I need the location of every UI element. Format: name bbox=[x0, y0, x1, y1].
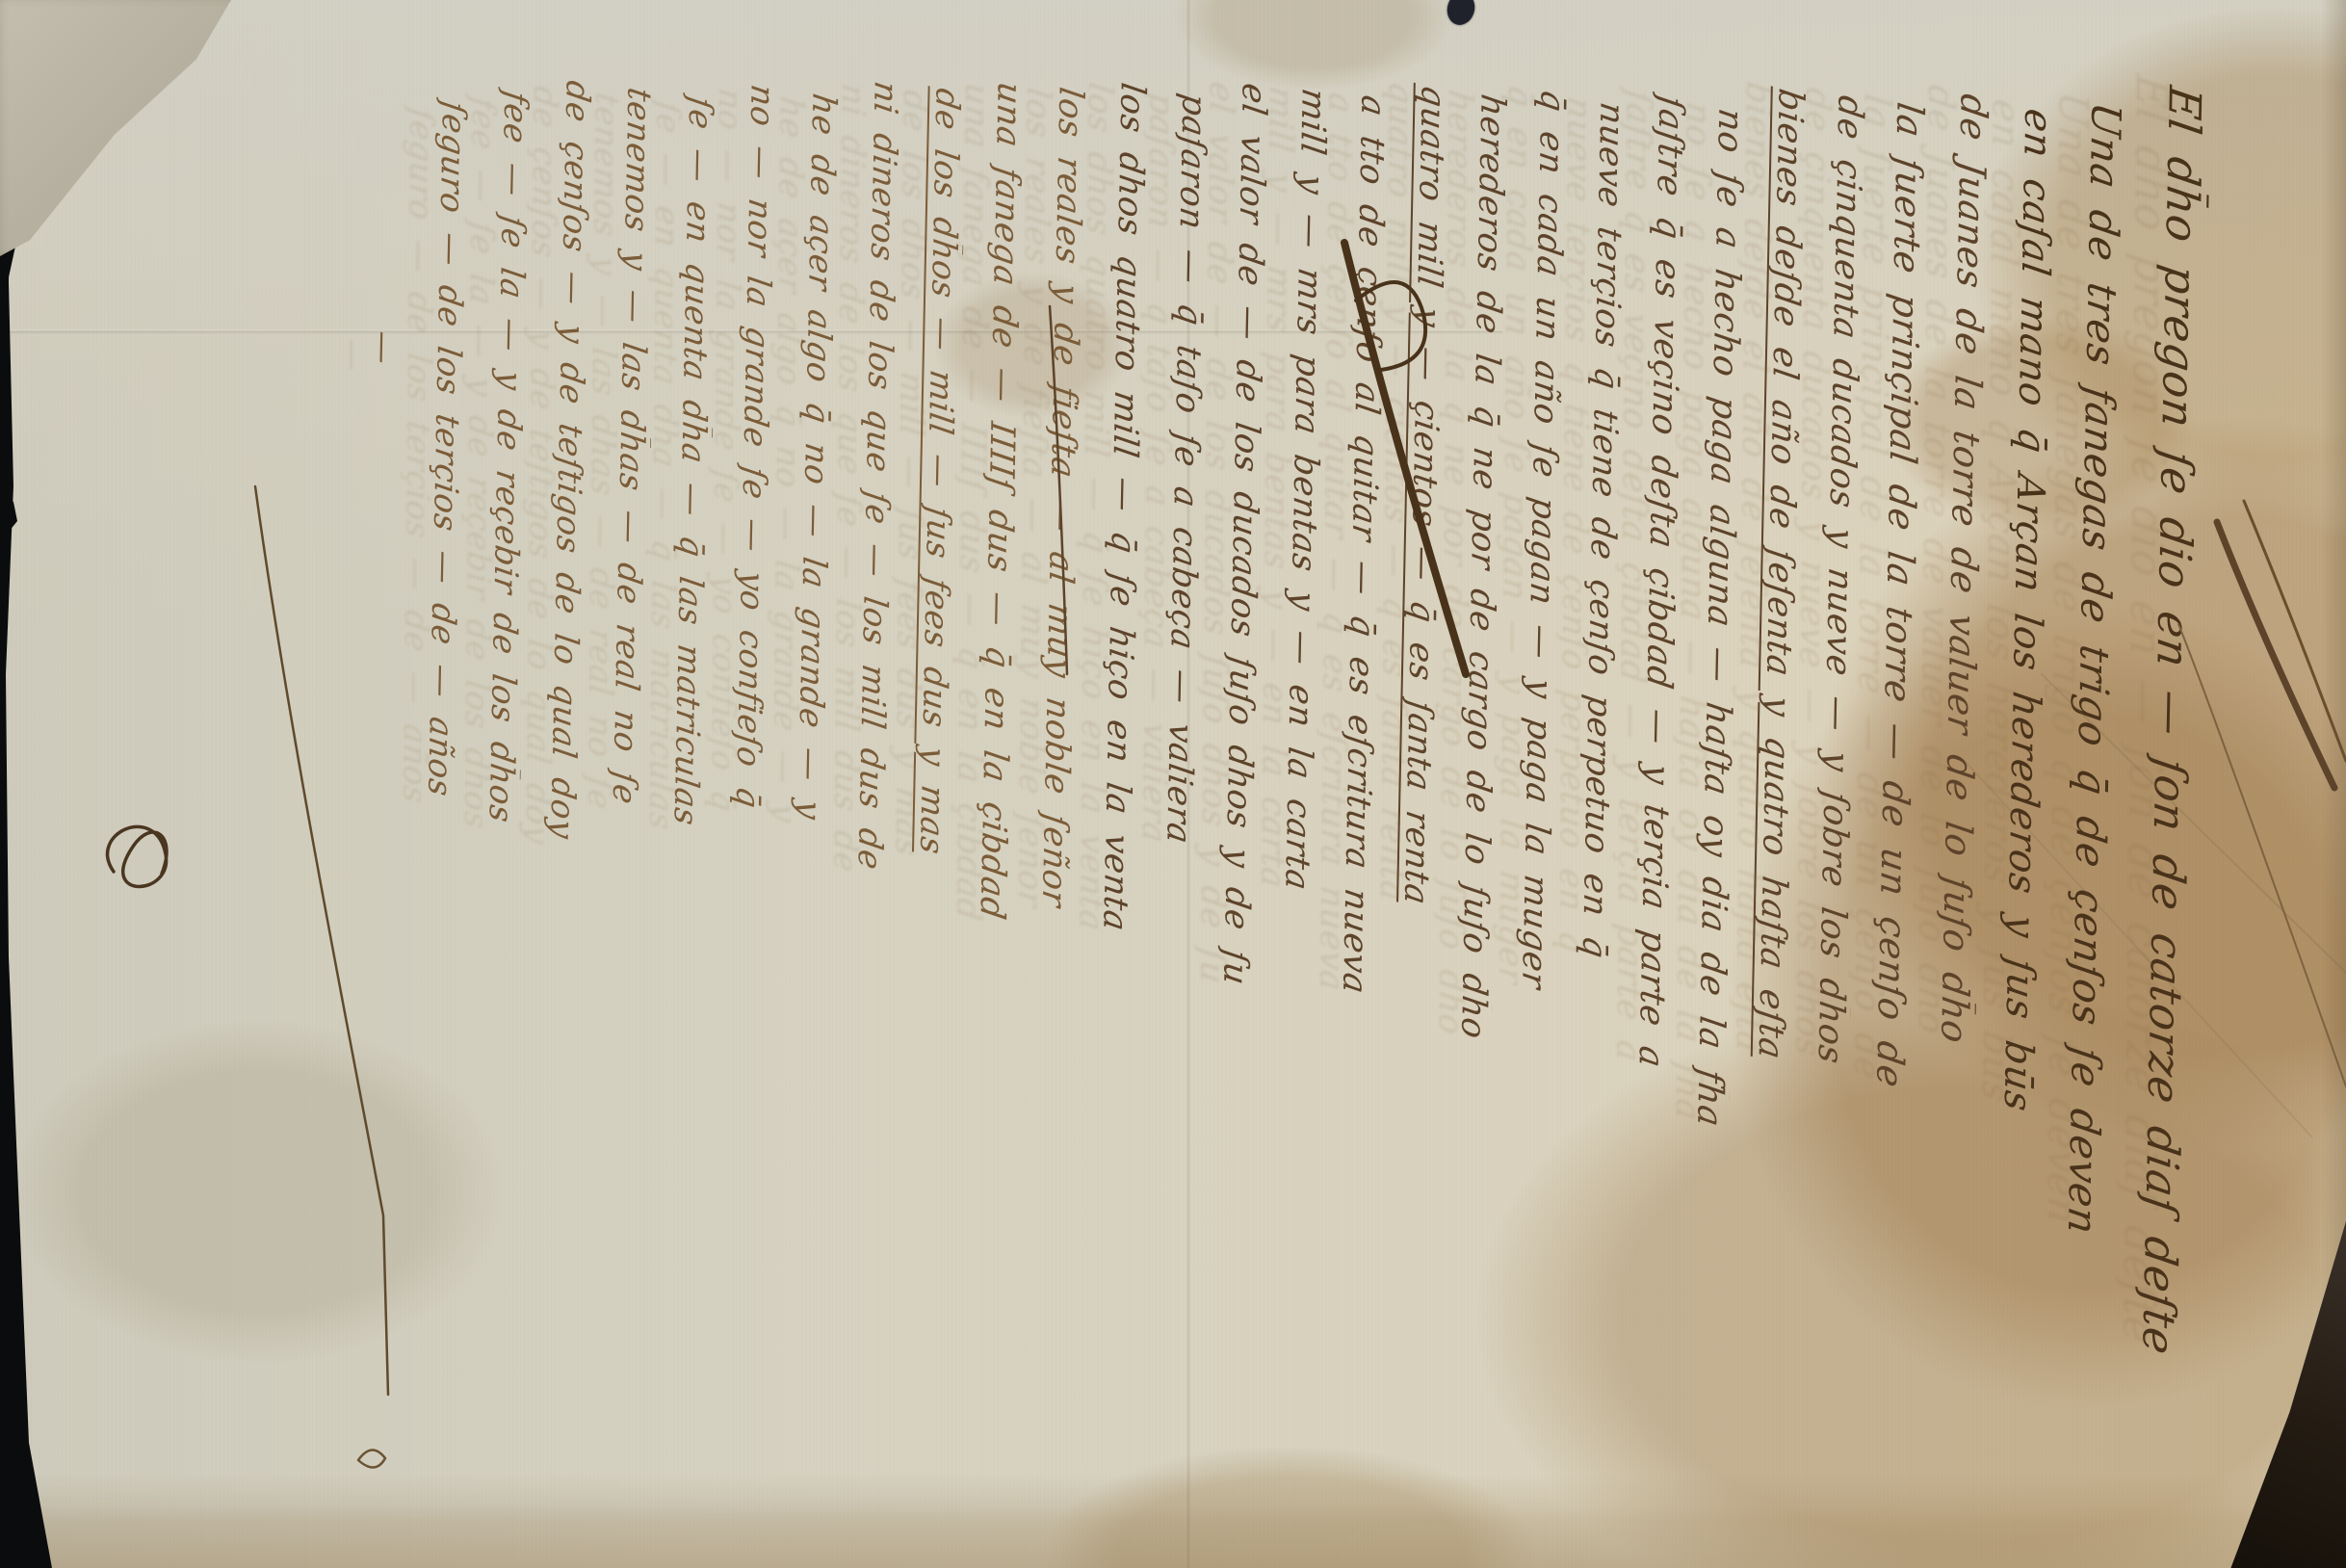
handwritten-text-layer: El dh̄o pregon ſe dio en — ſon de catorz… bbox=[310, 43, 2211, 1459]
photograph-of-manuscript: { "document": { "kind": "handwritten man… bbox=[0, 0, 2346, 1568]
bottom-edge-shading bbox=[0, 1506, 2346, 1568]
